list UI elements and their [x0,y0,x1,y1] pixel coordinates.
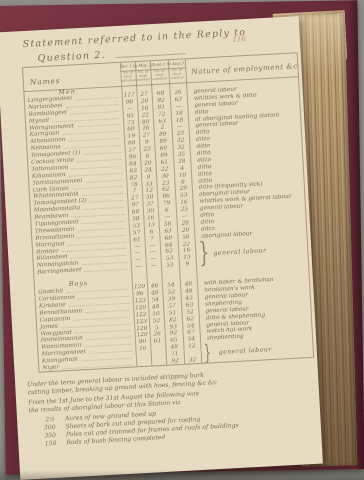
days-value [136,360,151,368]
footnotes: Under the term general labour is include… [27,366,312,449]
subheader-1: No. of days attended [120,70,136,86]
page-number: 116 [232,35,246,44]
leader-line [77,121,119,128]
subheader-3: No. of days attended [150,68,169,84]
leader-line [82,217,125,224]
brace-boys: } [203,341,212,366]
leader-line [90,196,124,203]
days-value: 32 [184,357,201,365]
leader-line [83,203,124,210]
brace-men: } [198,237,210,269]
subheader-4: No. of days worked [168,67,186,83]
leader-line [85,306,129,313]
employment-column-header: Nature of employment &c [191,62,298,76]
document-photo: Statement referred to in the Reply to Qu… [0,0,364,480]
leader-line [82,189,123,196]
leader-line [75,93,118,100]
attendance-table: Names Dec 1 to May 31 June 1 to Aug 31 N… [22,52,314,372]
title-line2-text: Question 2. [37,50,106,65]
title-underline [116,53,186,58]
table-rows: MenLengergondeel117276826general labourN… [24,76,313,372]
photo-shadow [0,470,364,480]
leader-line [84,265,127,272]
leader-line [85,176,122,183]
manuscript-page: Statement referred to in the Reply to Qu… [0,16,323,480]
person-name: Niger [42,365,59,373]
leader-line [83,148,120,155]
subheader-2: No. of days worked [135,69,151,85]
names-column-header: Names [30,76,61,87]
days-value: 92 [166,358,184,366]
leader-line [89,347,132,354]
leader-line [77,155,121,162]
labour-qty: 150 [30,439,66,449]
days-value [151,359,166,367]
